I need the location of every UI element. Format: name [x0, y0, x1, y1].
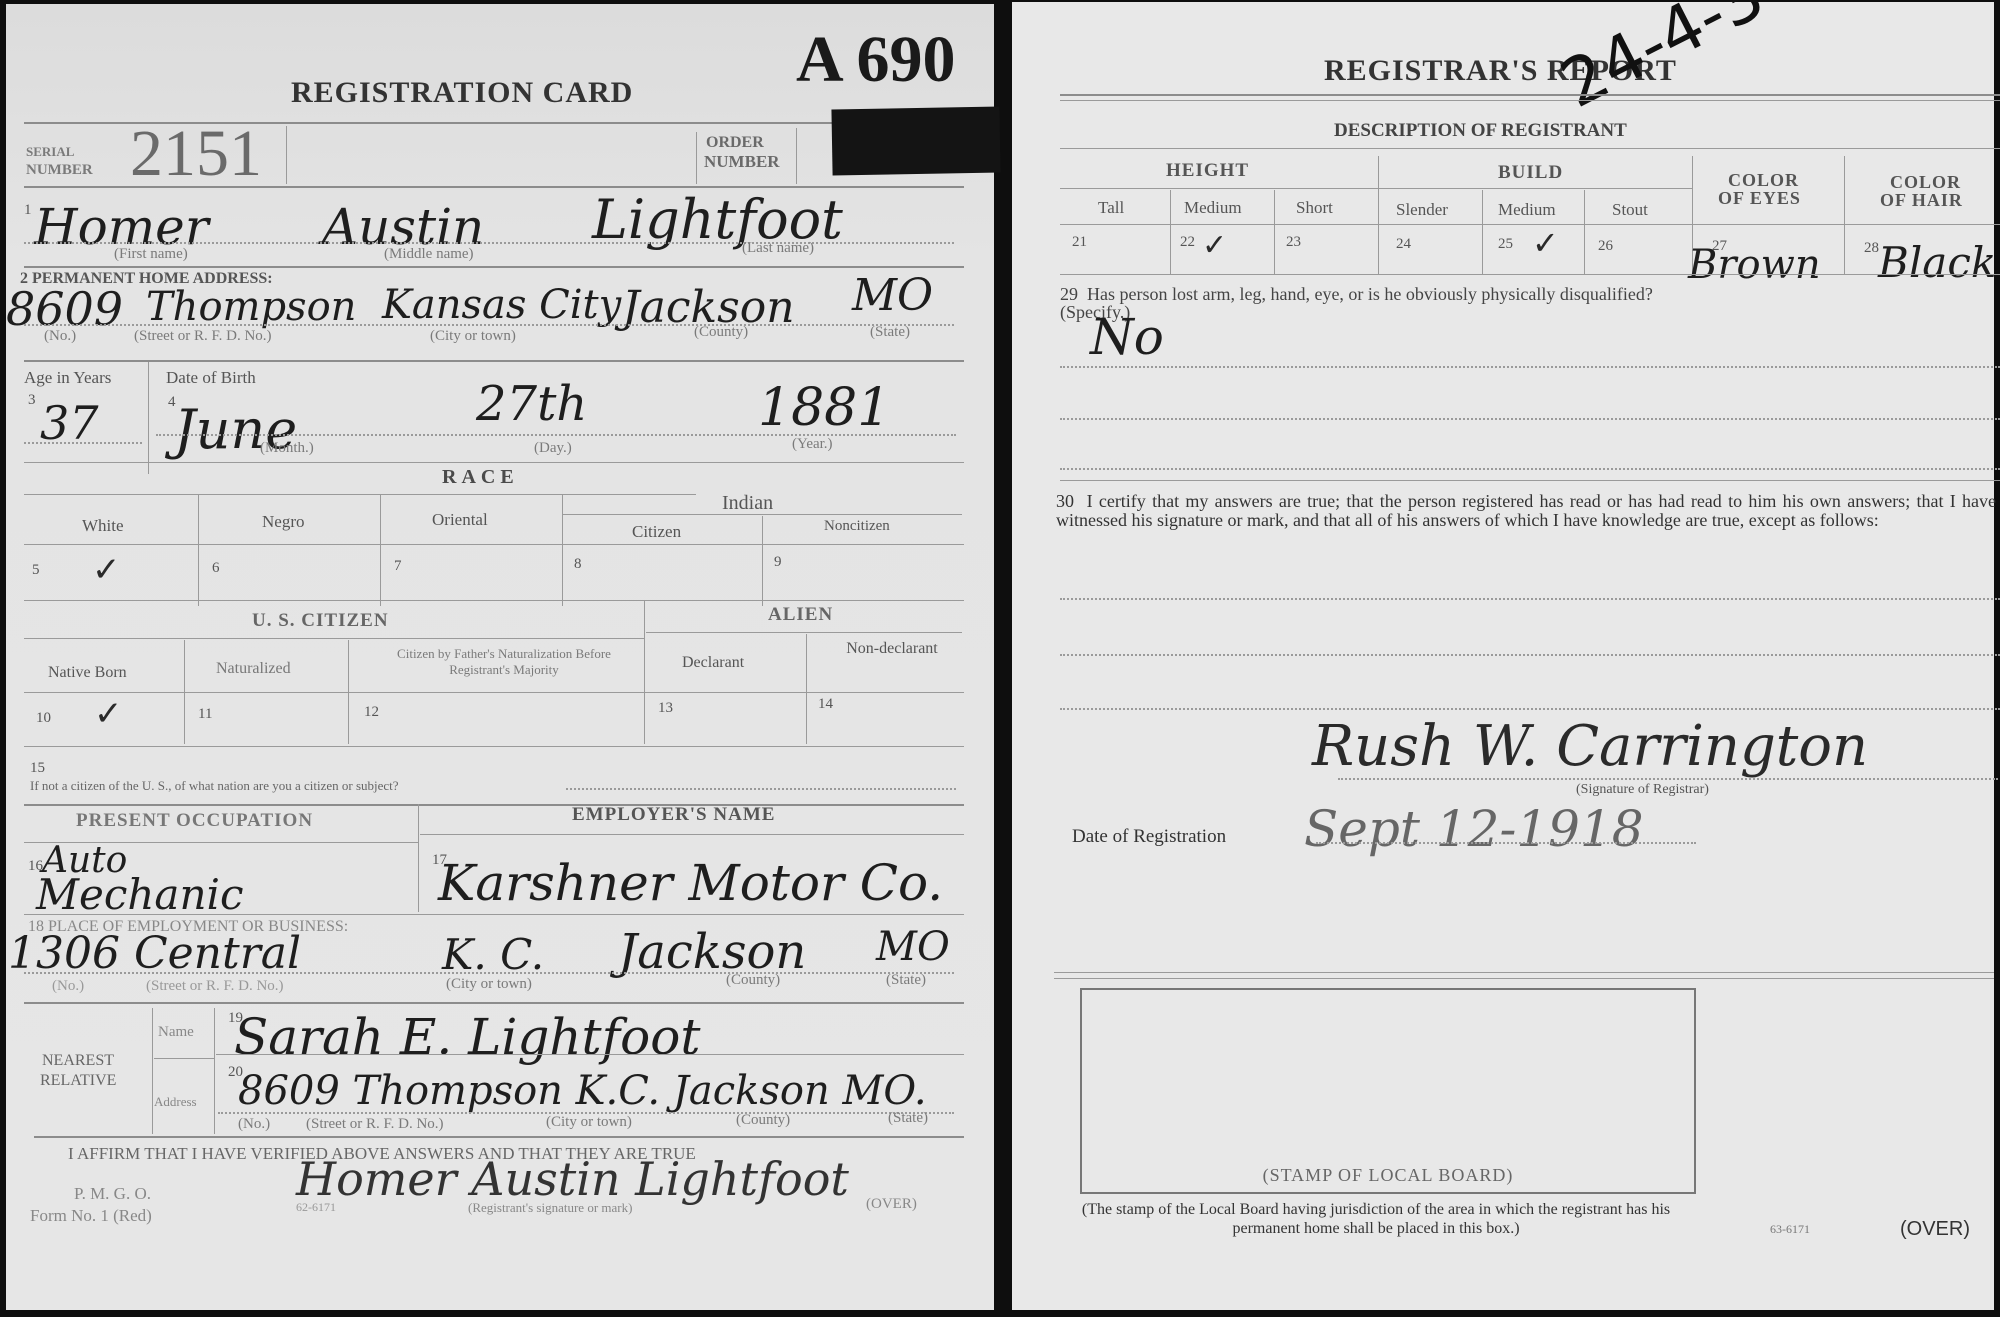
- caption: (State): [870, 324, 910, 341]
- home-address-state: MO: [852, 270, 933, 321]
- registration-card: REGISTRATION CARD A 690 SERIAL NUMBER 21…: [6, 4, 994, 1310]
- form-id: Form No. 1 (Red): [30, 1206, 152, 1226]
- height-short-label: Short: [1296, 198, 1333, 218]
- build-medium-check: ✓: [1532, 224, 1559, 262]
- over-label: (OVER): [1900, 1218, 1970, 1241]
- field-number: 21: [1072, 234, 1087, 251]
- dotted-line: [1060, 654, 2000, 656]
- serial-number: 2151: [130, 116, 262, 192]
- divider: [24, 600, 964, 601]
- field-number: 29: [1060, 284, 1078, 304]
- naturalized-label: Naturalized: [216, 660, 291, 678]
- citizen-by-father-label: Citizen by Father's Naturalization Befor…: [366, 646, 642, 678]
- build-slender-label: Slender: [1396, 200, 1448, 220]
- alien-header: ALIEN: [768, 604, 833, 626]
- date-of-registration-value: Sept 12-1918: [1304, 800, 1644, 858]
- signature-caption: (Signature of Registrar): [1576, 782, 1709, 798]
- divider: [24, 360, 964, 362]
- caption: (City or town): [546, 1114, 632, 1131]
- serial-label-top: SERIAL: [26, 144, 74, 160]
- dotted-line: [1060, 598, 2000, 600]
- divider: [152, 1008, 153, 1134]
- caption: (Last name): [742, 240, 814, 257]
- race-negro-label: Negro: [262, 512, 304, 532]
- field-number: 26: [1598, 238, 1613, 255]
- order-number-redaction: [831, 107, 1000, 176]
- divider: [1378, 156, 1379, 274]
- occupation-line2: Mechanic: [36, 870, 243, 919]
- dotted-line: [1338, 778, 1998, 780]
- divider: [1482, 190, 1483, 274]
- divider: [1170, 190, 1171, 274]
- race-oriental-label: Oriental: [432, 510, 488, 530]
- serial-label-bottom: NUMBER: [26, 162, 93, 179]
- divider: [24, 638, 644, 639]
- caption: (No.): [238, 1116, 270, 1133]
- divider: [24, 462, 964, 463]
- home-address-city: Kansas City: [382, 282, 621, 328]
- stamp-note: (The stamp of the Local Board having jur…: [1070, 1200, 1682, 1238]
- divider: [24, 494, 696, 495]
- caption: (State): [886, 972, 926, 989]
- race-white-label: White: [82, 516, 124, 536]
- divider: [696, 132, 697, 184]
- dotted-line: [1060, 418, 2000, 420]
- divider: [216, 1054, 964, 1055]
- field-number: 22: [1180, 234, 1195, 251]
- divider: [1844, 156, 1845, 274]
- field-number: 12: [364, 704, 379, 721]
- divider: [380, 494, 381, 606]
- dotted-line: [566, 788, 956, 790]
- dotted-line: [1060, 366, 2000, 368]
- divider: [644, 600, 645, 744]
- caption: (State): [888, 1110, 928, 1127]
- field-number: 7: [394, 558, 402, 575]
- stamped-number: A 690: [796, 22, 956, 98]
- divider: [1060, 148, 2000, 149]
- signature-caption: (Registrant's signature or mark): [468, 1200, 632, 1216]
- stamp-box: (STAMP OF LOCAL BOARD): [1080, 988, 1696, 1194]
- over-label: (OVER): [866, 1196, 917, 1213]
- divider: [24, 914, 964, 915]
- caption: (No.): [52, 978, 84, 995]
- divider: [1060, 480, 2000, 481]
- native-born-check: ✓: [94, 694, 123, 734]
- dotted-line: [156, 434, 956, 436]
- dotted-line: [24, 324, 954, 326]
- divider: [762, 516, 763, 606]
- employer-name: Karshner Motor Co.: [438, 854, 943, 912]
- divider: [1060, 274, 2000, 275]
- divider: [420, 834, 964, 835]
- field-number: 8: [574, 556, 582, 573]
- caption: (Day.): [534, 440, 572, 457]
- relative-address-label: Address: [154, 1094, 197, 1110]
- height-medium-check: ✓: [1202, 228, 1227, 263]
- dob-year: 1881: [758, 378, 890, 438]
- field-number: 5: [32, 562, 40, 579]
- race-indian-citizen-label: Citizen: [632, 522, 681, 542]
- eyes-header: OF EYES: [1718, 188, 1801, 209]
- indian-header: Indian: [722, 492, 773, 515]
- us-citizen-header: U. S. CITIZEN: [252, 610, 389, 632]
- form-code: 62-6171: [296, 1200, 336, 1215]
- divider: [24, 804, 964, 806]
- height-tall-label: Tall: [1098, 198, 1124, 218]
- order-label-bottom: NUMBER: [704, 152, 780, 172]
- field-number: 3: [28, 392, 36, 409]
- registrant-signature: Homer Austin Lightfoot: [296, 1152, 849, 1206]
- divider: [24, 544, 964, 545]
- field-number: 6: [212, 560, 220, 577]
- divider: [1054, 978, 1994, 979]
- form-code: 63-6171: [1770, 1222, 1810, 1237]
- build-stout-label: Stout: [1612, 200, 1648, 220]
- divider: [148, 362, 149, 474]
- declarant-label: Declarant: [682, 654, 744, 672]
- nearest-relative-label: RELATIVE: [40, 1072, 116, 1090]
- divider: [24, 266, 964, 268]
- divider: [1060, 188, 1692, 189]
- registrars-report: REGISTRAR'S REPORT 24-4-34 C DESCRIPTION…: [1012, 2, 1994, 1310]
- field-number: 25: [1498, 236, 1513, 253]
- date-of-registration-label: Date of Registration: [1072, 826, 1226, 848]
- form-id: P. M. G. O.: [74, 1184, 151, 1204]
- divider: [1274, 190, 1275, 274]
- caption: (Street or R. F. D. No.): [146, 978, 284, 995]
- field-number: 30: [1056, 491, 1074, 511]
- field-number: 23: [1286, 234, 1301, 251]
- native-born-label: Native Born: [48, 664, 127, 682]
- divider: [806, 634, 807, 744]
- field-number: 28: [1864, 240, 1879, 257]
- hair-header: OF HAIR: [1880, 190, 1963, 211]
- divider: [1584, 190, 1585, 274]
- registrar-signature: Rush W. Carrington: [1312, 714, 1868, 779]
- age-label: Age in Years: [24, 368, 111, 388]
- divider: [562, 494, 563, 606]
- build-medium-label: Medium: [1498, 200, 1556, 220]
- employment-state: MO: [876, 924, 950, 970]
- divider: [418, 804, 419, 912]
- divider: [24, 692, 964, 693]
- divider: [1060, 100, 2000, 101]
- divider: [1054, 972, 1994, 973]
- caption: (No.): [44, 328, 76, 345]
- divider: [34, 1136, 964, 1138]
- field-number: 14: [818, 696, 833, 713]
- non-declarant-label: Non-declarant: [844, 640, 940, 658]
- eye-color: Brown: [1688, 242, 1821, 288]
- description-header: DESCRIPTION OF REGISTRANT: [1334, 120, 1627, 142]
- relative-name: Sarah E. Lightfoot: [234, 1008, 700, 1066]
- divider: [214, 1008, 215, 1134]
- caption: (County): [726, 972, 780, 989]
- stamped-code: 24-4-34 C: [1549, 0, 1873, 123]
- dotted-line: [1060, 708, 2000, 710]
- hair-color: Black: [1878, 238, 1996, 287]
- caption: (Street or R. F. D. No.): [306, 1116, 444, 1133]
- employer-header: EMPLOYER'S NAME: [572, 804, 775, 826]
- card-title: REGISTRATION CARD: [291, 76, 633, 110]
- dotted-line: [1316, 842, 1696, 844]
- nearest-relative-label: NEAREST: [42, 1052, 114, 1070]
- field-number: 11: [198, 706, 212, 723]
- relative-name-label: Name: [158, 1024, 194, 1041]
- dotted-line: [24, 972, 954, 974]
- field-number: 15: [30, 760, 45, 777]
- q29-text: Has person lost arm, leg, hand, eye, or …: [1087, 284, 1653, 304]
- build-header: BUILD: [1498, 162, 1563, 184]
- field-number: 24: [1396, 236, 1411, 253]
- divider: [154, 1058, 214, 1059]
- height-medium-label: Medium: [1184, 198, 1242, 218]
- dob-label: Date of Birth: [166, 368, 256, 388]
- caption: (Middle name): [384, 246, 474, 263]
- race-white-check: ✓: [92, 550, 121, 590]
- occupation-header: PRESENT OCCUPATION: [76, 810, 313, 832]
- field-number: 9: [774, 554, 782, 571]
- q30-certification: 30 I certify that my answers are true; t…: [1056, 492, 1996, 530]
- caption: (Month.): [260, 440, 314, 457]
- relative-address: 8609 Thompson K.C. Jackson MO.: [238, 1068, 927, 1114]
- field-number: 1: [24, 202, 32, 219]
- divider: [1060, 94, 2000, 96]
- race-header: RACE: [442, 466, 519, 489]
- caption: (County): [694, 324, 748, 341]
- divider: [286, 126, 287, 184]
- order-label-top: ORDER: [706, 134, 764, 152]
- height-header: HEIGHT: [1166, 160, 1249, 182]
- divider: [562, 514, 962, 515]
- caption: (First name): [114, 246, 188, 263]
- dob-day: 27th: [476, 376, 587, 432]
- q30-text: I certify that my answers are true; that…: [1056, 491, 1996, 530]
- field-number: 13: [658, 700, 673, 717]
- divider: [24, 1002, 964, 1004]
- caption: (Year.): [792, 436, 833, 453]
- stamp-box-label: (STAMP OF LOCAL BOARD): [1082, 1165, 1694, 1186]
- divider: [198, 494, 199, 606]
- race-indian-noncitizen-label: Noncitizen: [824, 518, 890, 535]
- divider: [796, 128, 797, 184]
- field-number: 10: [36, 710, 51, 727]
- caption: (Street or R. F. D. No.): [134, 328, 272, 345]
- caption: (County): [736, 1112, 790, 1129]
- q29-answer: No: [1090, 308, 1164, 366]
- dotted-line: [1060, 468, 2000, 470]
- divider: [1060, 224, 2000, 225]
- caption: (City or town): [446, 976, 532, 993]
- dotted-line: [24, 242, 954, 244]
- dotted-line: [24, 442, 142, 444]
- q15-label: If not a citizen of the U. S., of what n…: [30, 778, 399, 794]
- q29-question: 29 Has person lost arm, leg, hand, eye, …: [1060, 284, 1653, 305]
- caption: (City or town): [430, 328, 516, 345]
- divider: [24, 746, 964, 747]
- divider: [646, 632, 962, 633]
